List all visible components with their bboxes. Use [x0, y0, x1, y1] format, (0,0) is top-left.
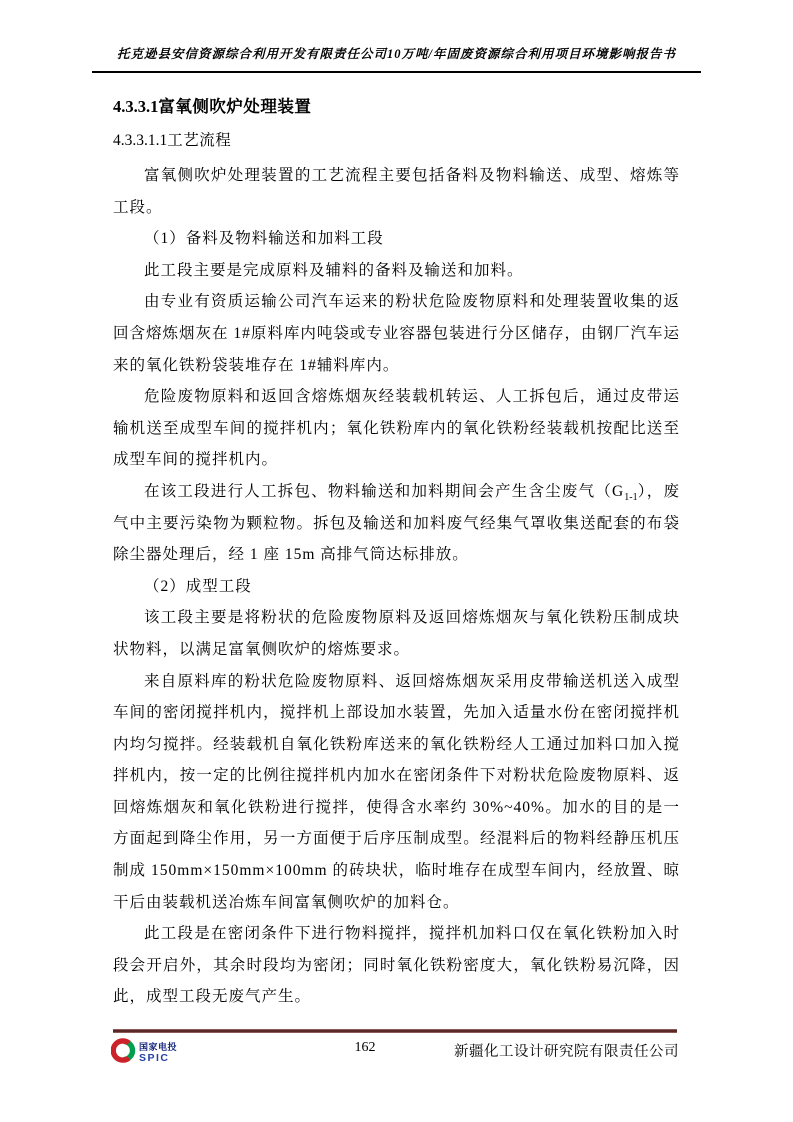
paragraph: 此工段主要是完成原料及辅料的备料及输送和加料。: [113, 255, 680, 287]
paragraph: 来自原料库的粉状危险废物原料、返回熔炼烟灰采用皮带输送机送入成型车间的密闭搅拌机…: [113, 666, 680, 919]
subsection-heading-text: 工艺流程: [167, 132, 231, 149]
footer-divider: [113, 1029, 677, 1033]
spic-logo-icon: [111, 1038, 136, 1068]
section-heading-number: 4.3.3.1: [113, 97, 158, 116]
paragraph: 危险废物原料和返回含熔炼烟灰经装载机转运、人工拆包后，通过皮带运输机送至成型车间…: [113, 381, 680, 476]
paragraph: 此工段是在密闭条件下进行物料搅拌，搅拌机加料口仅在氧化铁粉加入时段会开启外，其余…: [113, 918, 680, 1013]
section-heading-text: 富氧侧吹炉处理装置: [158, 98, 311, 116]
paragraph: （2）成型工段: [113, 571, 680, 603]
paragraph: 由专业有资质运输公司汽车运来的粉状危险废物原料和处理装置收集的返回含熔炼烟灰在 …: [113, 286, 680, 381]
footer-company: 新疆化工设计研究院有限责任公司: [454, 1040, 679, 1061]
header-title: 托克逊县安信资源综合利用开发有限责任公司10万吨/年固废资源综合利用项目环境影响…: [40, 44, 753, 62]
paragraph: 富氧侧吹炉处理装置的工艺流程主要包括备料及物料输送、成型、熔炼等工段。: [113, 160, 680, 223]
document-body: 4.3.3.1富氧侧吹炉处理装置 4.3.3.1.1工艺流程 富氧侧吹炉处理装置…: [113, 95, 680, 1013]
section-heading: 4.3.3.1富氧侧吹炉处理装置: [113, 95, 680, 119]
logo-text: 国家电投 SPIC: [139, 1043, 177, 1064]
subsection-heading-number: 4.3.3.1.1: [113, 132, 167, 149]
paragraph: 在该工段进行人工拆包、物料输送和加料期间会产生含尘废气（G1-1），废气中主要污…: [113, 476, 680, 571]
logo-text-cn: 国家电投: [139, 1043, 177, 1052]
paragraphs: 富氧侧吹炉处理装置的工艺流程主要包括备料及物料输送、成型、熔炼等工段。（1）备料…: [113, 160, 680, 1013]
paragraph: （1）备料及物料输送和加料工段: [113, 223, 680, 255]
logo-text-en: SPIC: [139, 1053, 177, 1064]
footer-logo: 国家电投 SPIC: [111, 1038, 177, 1068]
header-divider: [92, 71, 701, 73]
page-number: 162: [325, 1040, 405, 1056]
paragraph: 该工段主要是将粉状的危险废物原料及返回熔炼烟灰与氧化铁粉压制成块状物料，以满足富…: [113, 602, 680, 665]
subsection-heading: 4.3.3.1.1工艺流程: [113, 129, 680, 153]
document-page: 托克逊县安信资源综合利用开发有限责任公司10万吨/年固废资源综合利用项目环境影响…: [0, 0, 793, 1122]
